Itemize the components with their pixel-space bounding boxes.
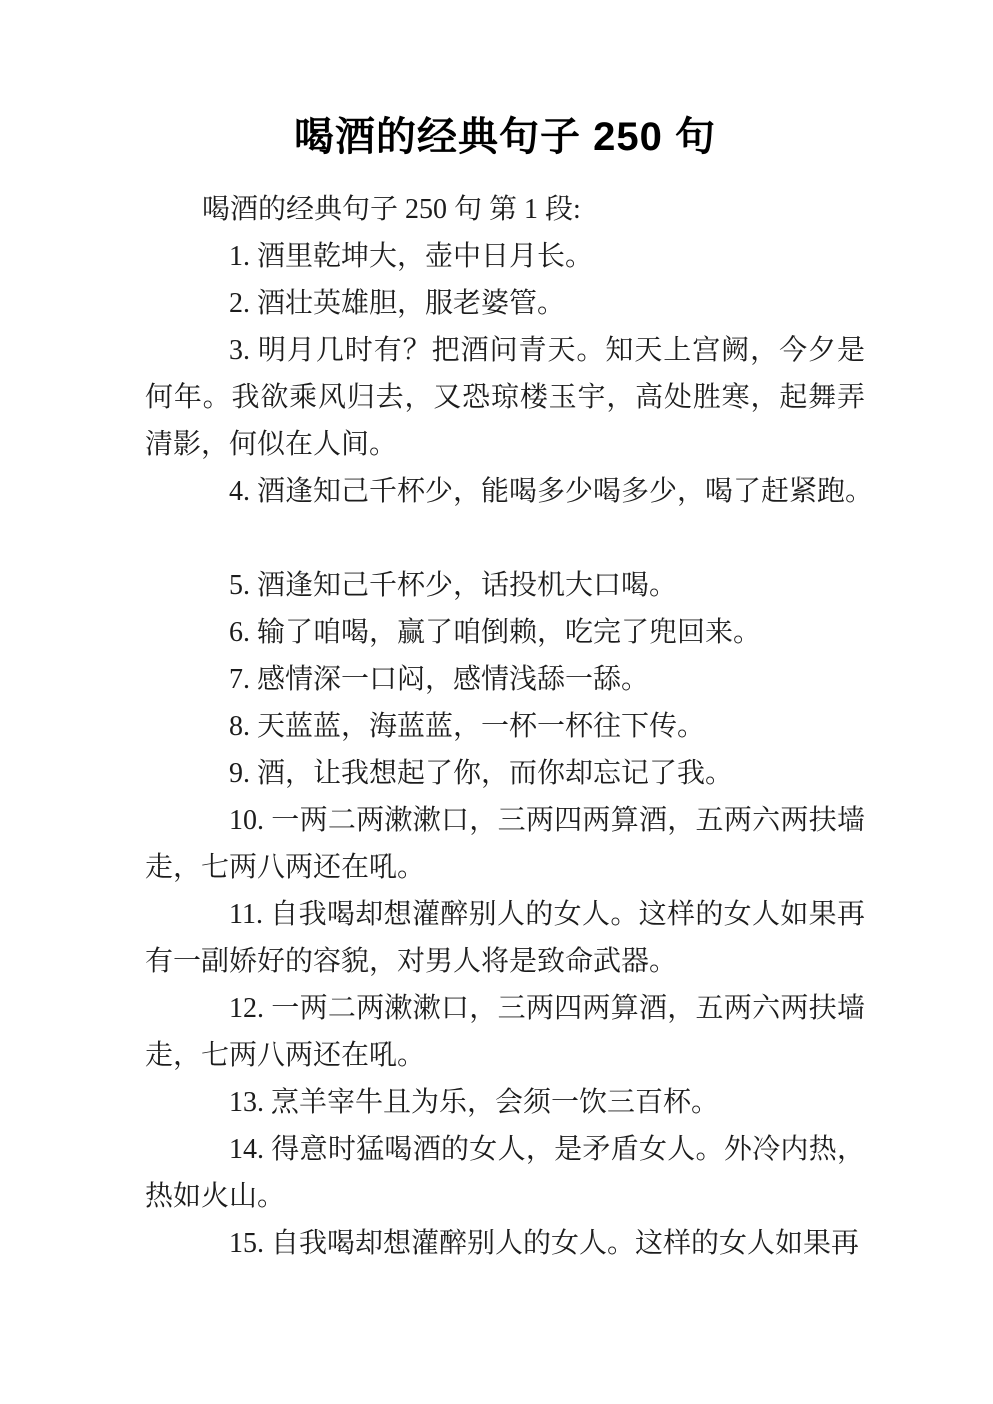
sentence-item-14: 14. 得意时猛喝酒的女人，是矛盾女人。外冷内热，热如火山。 (145, 1126, 865, 1220)
sentence-item-10: 10. 一两二两漱漱口，三两四两算酒，五两六两扶墙走，七两八两还在吼。 (145, 797, 865, 891)
sentence-item-8: 8. 天蓝蓝，海蓝蓝，一杯一杯往下传。 (145, 703, 865, 750)
sentence-item-15: 15. 自我喝却想灌醉别人的女人。这样的女人如果再 (145, 1220, 865, 1267)
document-page: 喝酒的经典句子 250 句 喝酒的经典句子 250 句 第 1 段: 1. 酒里… (0, 0, 993, 1404)
document-title: 喝酒的经典句子 250 句 (145, 112, 865, 162)
sentence-item-13: 13. 烹羊宰牛且为乐，会须一饮三百杯。 (145, 1079, 865, 1126)
sentence-item-1: 1. 酒里乾坤大，壶中日月长。 (145, 233, 865, 280)
sentence-item-3: 3. 明月几时有？把酒问青天。知天上宫阙，今夕是何年。我欲乘风归去，又恐琼楼玉宇… (145, 327, 865, 468)
sentence-item-9: 9. 酒，让我想起了你，而你却忘记了我。 (145, 750, 865, 797)
sentence-item-7: 7. 感情深一口闷，感情浅舔一舔。 (145, 656, 865, 703)
sentence-item-6: 6. 输了咱喝，赢了咱倒赖，吃完了兜回来。 (145, 609, 865, 656)
sentence-item-4: 4. 酒逢知己千杯少，能喝多少喝多少，喝了赶紧跑。 (145, 468, 865, 515)
section-heading: 喝酒的经典句子 250 句 第 1 段: (145, 186, 865, 233)
sentence-item-12: 12. 一两二两漱漱口，三两四两算酒，五两六两扶墙走，七两八两还在吼。 (145, 985, 865, 1079)
sentence-item-11: 11. 自我喝却想灌醉别人的女人。这样的女人如果再有一副娇好的容貌，对男人将是致… (145, 891, 865, 985)
sentence-item-2: 2. 酒壮英雄胆，服老婆管。 (145, 280, 865, 327)
sentence-item-5: 5. 酒逢知己千杯少，话投机大口喝。 (145, 562, 865, 609)
